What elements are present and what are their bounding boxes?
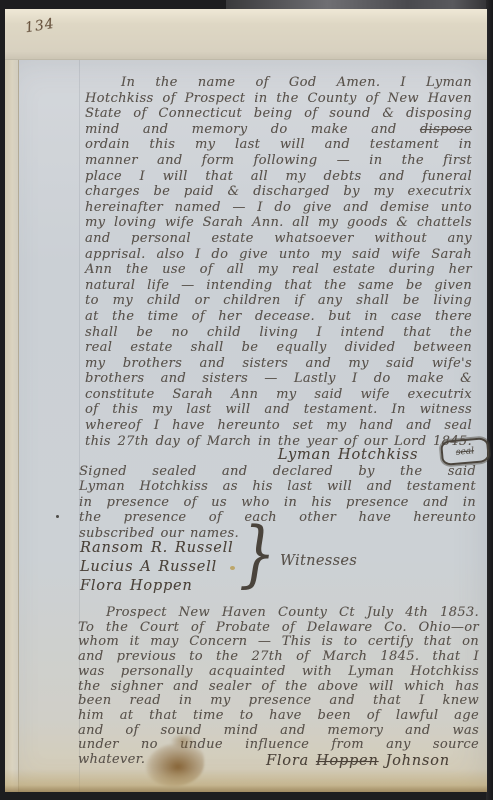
witness-name: Flora Hoppen [80, 577, 234, 596]
witnesses-brace: } [239, 517, 276, 590]
will-text-block: In the name of God Amen. I Lyman Hotchki… [85, 75, 472, 449]
witness-name: Lucius A Russell [80, 558, 234, 577]
certification-line: whom it may Concern — This is to certify… [78, 635, 479, 650]
will-line: my loving wife Sarah Ann. all my goods &… [85, 215, 472, 231]
page-left-edge [5, 60, 19, 792]
signature-last-name: Johnson [379, 753, 450, 769]
certification-line: was personally acquainted with Lyman Hot… [78, 665, 479, 680]
frame-edge [486, 0, 493, 800]
witness-name: Ransom R. Russell [80, 539, 234, 558]
will-line: whereof I have hereunto set my hand and … [85, 418, 472, 434]
seal-label: seal [455, 446, 474, 458]
certification-line: and of sound mind and memory and was [78, 724, 479, 739]
will-line: place I will that all my debts and funer… [85, 169, 472, 185]
will-line-text: mind and memory do make and [85, 122, 420, 137]
scanned-record-book-page: 134 In the name of God Amen. I Lyman Hot… [0, 0, 493, 800]
will-line: my brothers and sisters and my said wife… [85, 356, 472, 372]
will-line: State of Connecticut being of sound & di… [85, 106, 472, 122]
will-line: charges be paid & discharged by my execu… [85, 184, 472, 200]
will-line: apprisal. also I do give unto my said wi… [85, 247, 472, 263]
struck-surname: Hoppen [316, 753, 379, 769]
paper-spot [230, 566, 235, 570]
will-line: to my child or children if any shall be … [85, 293, 472, 309]
certification-dateline: Prospect New Haven County Ct July 4th 18… [78, 606, 479, 621]
will-line-with-strikethrough: mind and memory do make and dispose [85, 122, 472, 138]
will-line: brothers and sisters — Lastly I do make … [85, 371, 472, 387]
witness-list: Ransom R. Russell Lucius A Russell Flora… [80, 539, 234, 595]
will-line: real estate shall be equally divided bet… [85, 340, 472, 356]
will-line: manner and form following — in the first [85, 153, 472, 169]
certification-line: him at that time to have been of lawful … [78, 709, 479, 724]
certification-line: and previous to the 27th of March 1845. … [78, 650, 479, 665]
previous-page-edge-top [5, 9, 487, 60]
will-line: ordain this my last will and testament i… [85, 137, 472, 153]
struck-word: dispose [420, 122, 472, 137]
will-line: Ann the use of all my real estate during… [85, 262, 472, 278]
certification-line: under no undue influence from any source [78, 738, 479, 753]
attestation-line: in presence of us who in his presence an… [79, 495, 476, 510]
testator-signature: Lyman Hotchkiss [258, 447, 438, 463]
signature-first-name: Flora [266, 753, 316, 769]
will-line: shall be no child living I intend that t… [85, 325, 472, 341]
witnesses-label: Witnesses [280, 553, 357, 569]
certification-block: Prospect New Haven County Ct July 4th 18… [78, 606, 479, 768]
ink-stain [170, 733, 196, 749]
attestation-block: Signed sealed and declared by the said L… [79, 464, 476, 541]
will-line: at the time of her decease. but in case … [85, 309, 472, 325]
certification-line: the sighner and sealer of the above will… [78, 680, 479, 695]
attestation-line: the presence of each other have hereunto [79, 510, 476, 525]
will-line: In the name of God Amen. I Lyman [85, 75, 472, 91]
certification-line: To the Court of Probate of Delaware Co. … [78, 621, 479, 636]
attestation-line: Lyman Hotchkiss as his last will and tes… [79, 479, 476, 494]
certification-line: been read in my presence and that I knew [78, 694, 479, 709]
will-line: natural life — intending that the same b… [85, 278, 472, 294]
will-line: Hotchkiss of Prospect in the County of N… [85, 91, 472, 107]
paper-speck [56, 515, 59, 518]
will-line: hereinafter named — I do give and demise… [85, 200, 472, 216]
attestation-line: Signed sealed and declared by the said [79, 464, 476, 479]
will-line: and personal estate whatsoever without a… [85, 231, 472, 247]
seal-stamp: seal [440, 437, 490, 466]
will-line: of this my last will and testament. In w… [85, 402, 472, 418]
certifier-signature: Flora Hoppen Johnson [266, 753, 450, 769]
page-bottom-edge [5, 769, 487, 792]
will-line: constitute Sarah Ann my said wife execut… [85, 387, 472, 403]
